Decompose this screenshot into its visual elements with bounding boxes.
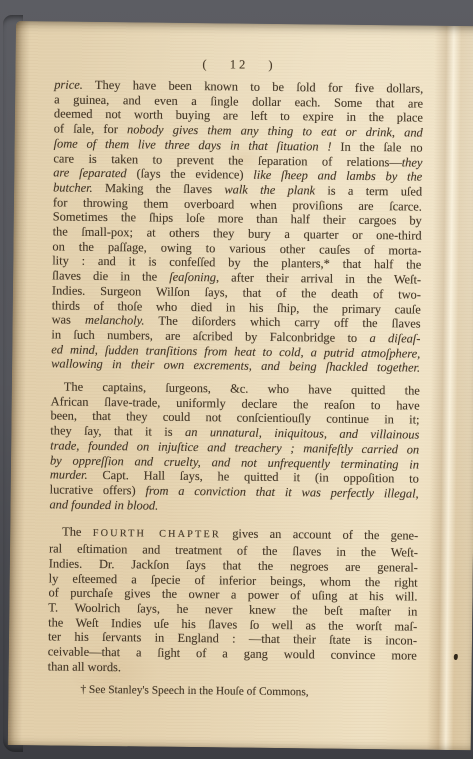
text-segment: was	[52, 313, 86, 327]
page-corner-curl	[441, 726, 471, 750]
paragraph: price. They have been known to be ſold f…	[51, 77, 423, 375]
text-segment: FOURTH CHAPTER	[93, 528, 221, 540]
text-segment: from a conviction that it was perfectly …	[145, 483, 418, 500]
text-segment: melancholy.	[85, 313, 145, 328]
text-segment: walk the plank	[224, 182, 315, 197]
text-segment: a diſeaſ-	[369, 331, 420, 346]
text-segment: ſeaſoning	[169, 270, 216, 285]
paragraph: The FOURTH CHAPTER gives an account of t…	[48, 525, 419, 678]
text-segment: and founded in blood.	[49, 497, 158, 512]
text-line: wallowing in their own excrements, and b…	[51, 357, 420, 376]
footnote: † See Stanley's Speech in the Houſe of C…	[47, 683, 416, 702]
text-segment: Making the ſlaves	[93, 181, 225, 196]
text-segment: (ſays the evidence)	[127, 166, 254, 181]
text-segment: ſlaves die in the	[52, 269, 169, 284]
text-segment: than all words.	[48, 659, 121, 674]
text-segment: The	[62, 525, 93, 539]
text-segment: lucrative offers)	[50, 482, 146, 497]
text-segment: butcher.	[53, 180, 93, 194]
text-segment: they	[402, 155, 423, 169]
text-segment: are ſeparated	[53, 166, 127, 181]
text-segment: is a term uſed	[315, 183, 422, 198]
text-segment: gives an account of the gene-	[221, 527, 418, 543]
ink-speck	[454, 654, 458, 660]
page-number-header: ( 12 )	[54, 55, 423, 75]
book-page: ( 12 ) price. They have been known to be…	[8, 21, 473, 750]
text-segment: wallowing in their own excrements, and b…	[51, 357, 420, 375]
book-scan: ( 12 ) price. They have been known to be…	[0, 0, 473, 759]
body-text: price. They have been known to be ſold f…	[48, 77, 424, 678]
text-segment: , after their arrival in the Weſt-	[216, 270, 421, 286]
text-segment: of ſale, for	[54, 122, 127, 137]
text-segment: and	[404, 126, 423, 140]
text-segment: price.	[54, 77, 83, 91]
text-segment: In the ſale no	[331, 139, 422, 154]
screenshot-root: { "colors": { "background": "#54555b", "…	[0, 0, 473, 759]
paragraph: The captains, ſurgeons, &c. who have qui…	[49, 379, 419, 516]
text-segment: like ſheep and lambs by the	[253, 168, 422, 184]
text-segment: ,	[392, 125, 404, 139]
text-segment: murder.	[50, 468, 88, 482]
page-text: ( 12 ) price. They have been known to be…	[47, 55, 423, 701]
text-segment: they ſay, that it is	[50, 424, 185, 440]
